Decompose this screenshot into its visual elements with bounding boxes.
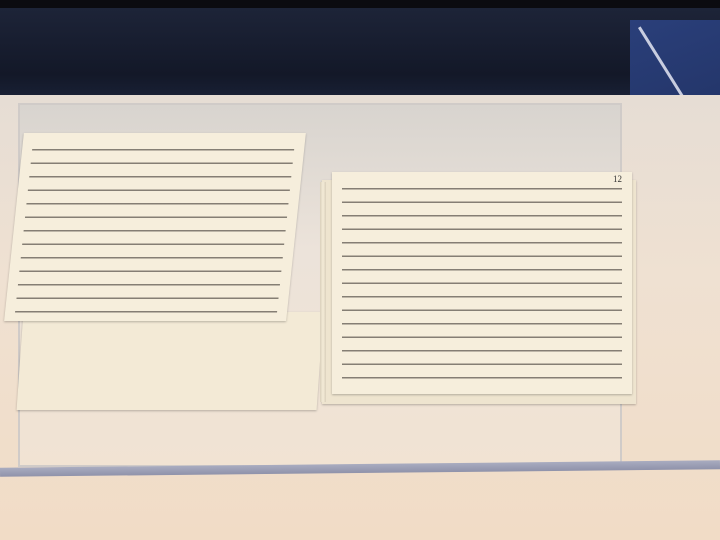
handwriting-lines — [342, 180, 622, 386]
museum-display-photo: 12 — [0, 0, 720, 540]
display-case-back-glass — [0, 8, 720, 103]
left-manuscript-page — [4, 133, 306, 321]
handwriting-lines — [15, 141, 295, 313]
page-number: 12 — [613, 174, 622, 184]
left-folded-sheet — [17, 312, 324, 410]
paper-fold — [320, 182, 326, 402]
right-manuscript-page: 12 — [332, 172, 632, 394]
